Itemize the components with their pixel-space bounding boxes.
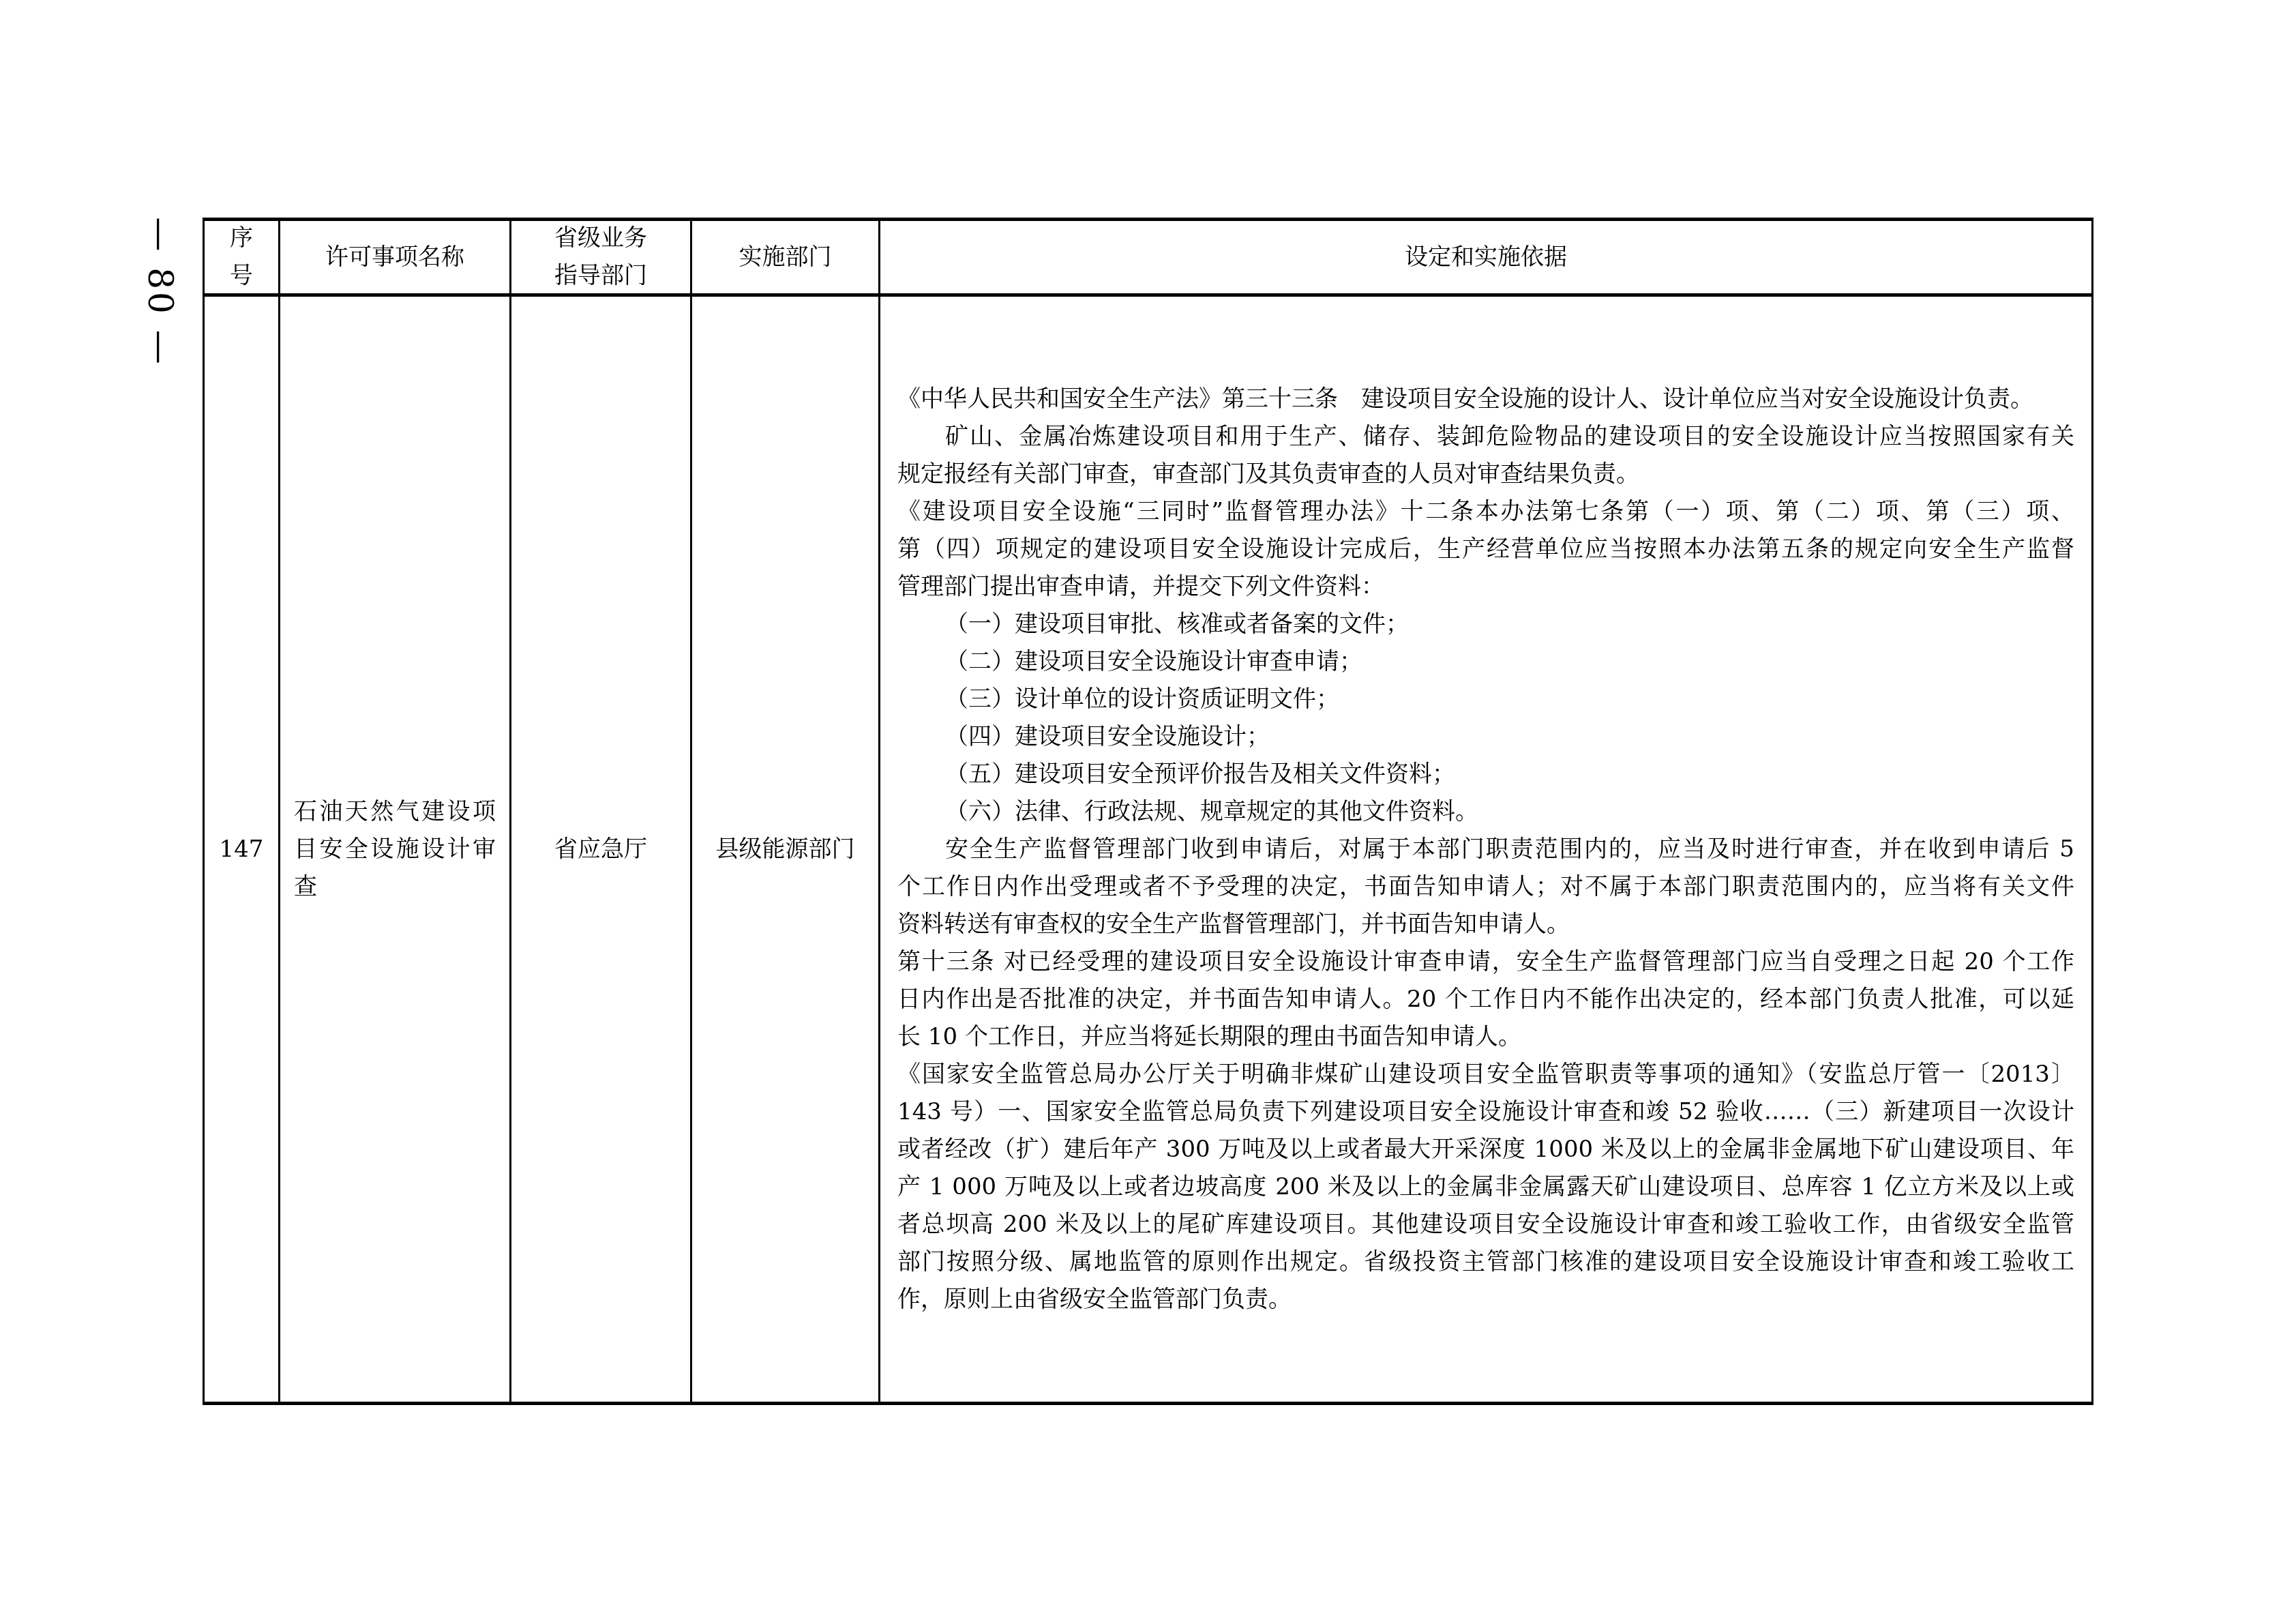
guide-dept: 省应急厅	[554, 831, 647, 868]
basis-line: （五）建设项目安全预评价报告及相关文件资料；	[897, 756, 2074, 793]
basis-line: 作，原则上由省级安全监管部门负责。	[897, 1281, 2074, 1318]
permit-name: 石油天然气建设项目安全设施设计审查	[280, 793, 509, 906]
page-number: — 80 —	[143, 211, 178, 372]
cell-guide-dept: 省应急厅	[511, 297, 692, 1402]
header-cell-guide-dept: 省级业务指导部门	[511, 221, 692, 293]
basis-line: 《国家安全监管总局办公厅关于明确非煤矿山建设项目安全监管职责等事项的通知》（安监…	[897, 1056, 2074, 1093]
cell-impl-dept: 县级能源部门	[692, 297, 880, 1402]
permit-table: 序号 许可事项名称 省级业务指导部门 实施部门 设定和实施依据 147 石油天然…	[203, 218, 2093, 1405]
basis-line: 矿山、金属冶炼建设项目和用于生产、储存、装卸危险物品的建设项目的安全设施设计应当…	[897, 418, 2074, 456]
basis-line: 《建设项目安全设施“三同时”监督管理办法》十二条本办法第七条第（一）项、第（二）…	[897, 493, 2074, 531]
basis-line: 资料转送有审查权的安全生产监督管理部门，并书面告知申请人。	[897, 906, 2074, 943]
header-label-name: 许可事项名称	[325, 239, 464, 276]
header-cell-name: 许可事项名称	[280, 221, 511, 293]
basis-line: 产 1 000 万吨及以上或者边坡高度 200 米及以上的金属非金属露天矿山建设…	[897, 1168, 2074, 1206]
table-header-row: 序号 许可事项名称 省级业务指导部门 实施部门 设定和实施依据	[205, 221, 2091, 297]
basis-line: （一）建设项目审批、核准或者备案的文件；	[897, 606, 2074, 643]
impl-dept: 县级能源部门	[716, 831, 855, 868]
basis-line: 管理部门提出审查申请，并提交下列文件资料：	[897, 568, 2074, 606]
document-page: — 80 — 序号 许可事项名称 省级业务指导部门 实施部门 设定和实施依据 1…	[0, 0, 2296, 1624]
basis-line: 《中华人民共和国安全生产法》第三十三条 建设项目安全设施的设计人、设计单位应当对…	[897, 381, 2074, 418]
header-cell-basis: 设定和实施依据	[880, 221, 2091, 293]
header-label-guide-dept: 省级业务指导部门	[551, 220, 651, 295]
basis-line: 个工作日内作出受理或者不予受理的决定，书面告知申请人；对不属于本部门职责范围内的…	[897, 868, 2074, 906]
basis-text: 《中华人民共和国安全生产法》第三十三条 建设项目安全设施的设计人、设计单位应当对…	[880, 297, 2091, 1402]
basis-line: 第（四）项规定的建设项目安全设施设计完成后，生产经营单位应当按照本办法第五条的规…	[897, 531, 2074, 568]
basis-line: 者总坝高 200 米及以上的尾矿库建设项目。其他建设项目安全设施设计审查和竣工验…	[897, 1206, 2074, 1243]
cell-name: 石油天然气建设项目安全设施设计审查	[280, 297, 511, 1402]
header-label-impl-dept: 实施部门	[739, 239, 832, 276]
basis-line: （三）设计单位的设计资质证明文件；	[897, 681, 2074, 718]
basis-line: 143 号）一、国家安全监管总局负责下列建设项目安全设施设计审查和竣 52 验收…	[897, 1093, 2074, 1131]
row-index: 147	[220, 831, 264, 868]
header-label-basis: 设定和实施依据	[1405, 239, 1567, 276]
basis-line: 部门按照分级、属地监管的原则作出规定。省级投资主管部门核准的建设项目安全设施设计…	[897, 1243, 2074, 1281]
header-cell-index: 序号	[205, 221, 280, 293]
basis-line: 安全生产监督管理部门收到申请后，对属于本部门职责范围内的，应当及时进行审查，并在…	[897, 831, 2074, 868]
basis-line: 长 10 个工作日，并应当将延长期限的理由书面告知申请人。	[897, 1018, 2074, 1056]
basis-line: 或者经改（扩）建后年产 300 万吨及以上或者最大开采深度 1000 米及以上的…	[897, 1131, 2074, 1168]
basis-line: （六）法律、行政法规、规章规定的其他文件资料。	[897, 793, 2074, 831]
basis-line: 日内作出是否批准的决定，并书面告知申请人。20 个工作日内不能作出决定的，经本部…	[897, 981, 2074, 1018]
basis-line: （四）建设项目安全设施设计；	[897, 718, 2074, 756]
basis-line: （二）建设项目安全设施设计审查申请；	[897, 643, 2074, 681]
basis-line: 规定报经有关部门审查，审查部门及其负责审查的人员对审查结果负责。	[897, 456, 2074, 493]
table-row: 147 石油天然气建设项目安全设施设计审查 省应急厅 县级能源部门 《中华人民共…	[205, 297, 2091, 1402]
header-cell-impl-dept: 实施部门	[692, 221, 880, 293]
basis-line: 第十三条 对已经受理的建设项目安全设施设计审查申请，安全生产监督管理部门应当自受…	[897, 943, 2074, 981]
cell-index: 147	[205, 297, 280, 1402]
header-label-index: 序号	[228, 220, 254, 295]
